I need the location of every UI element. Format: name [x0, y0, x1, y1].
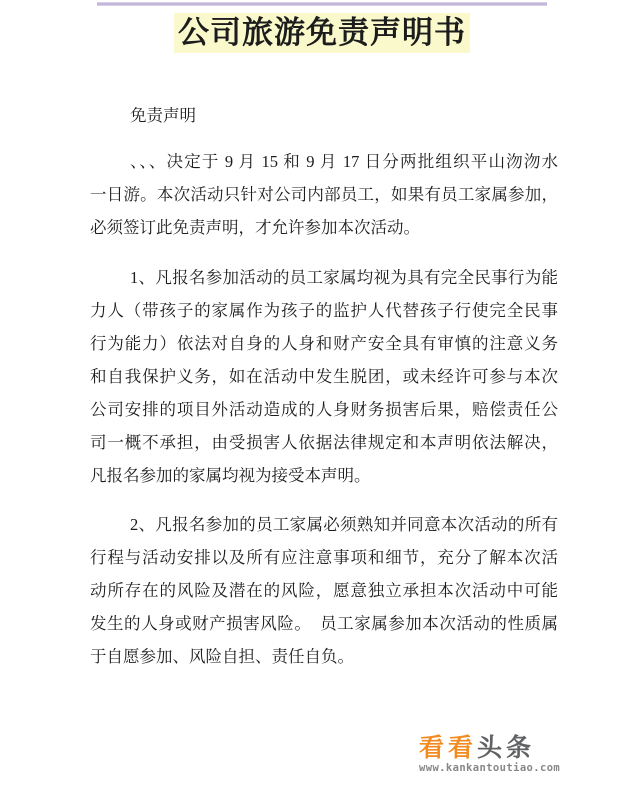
text-line: 司一概不承担，由受损害人依据法律规定和本声明依法解决，: [90, 426, 558, 459]
document-page: { "title": { "text": "公司旅游免责声明书", "highl…: [0, 0, 644, 789]
document-body: 免责声明 、、、决定于 9 月 15 和 9 月 17 日分两批组织平山沕沕水 …: [90, 99, 558, 673]
watermark-url: www.kankantoutiao.com: [419, 762, 560, 774]
watermark-brand-right: 头条: [477, 733, 535, 762]
text-line: 1、凡报名参加活动的员工家属均视为具有完全民事行为能: [90, 261, 558, 294]
top-divider-rule: [97, 2, 547, 6]
text-line: 和自我保护义务，如在活动中发生脱团，或未经许可参与本次: [90, 360, 558, 393]
paragraph-clause-2: 2、凡报名参加的员工家属必须熟知并同意本次活动的所有 行程与活动安排以及所有应注…: [90, 508, 558, 673]
text-line: 必须签订此免责声明，才允许参加本次活动。: [90, 211, 558, 244]
text-line: 于自愿参加、风险自担、责任自负。: [90, 640, 558, 673]
text-line: 行程与活动安排以及所有应注意事项和细节，充分了解本次活: [90, 541, 558, 574]
watermark-brand: 看看头条: [419, 735, 560, 761]
text-line: 一日游。本次活动只针对公司内部员工，如果有员工家属参加，: [90, 178, 558, 211]
page-title: 公司旅游免责声明书: [174, 13, 470, 53]
paragraph-intro: 、、、决定于 9 月 15 和 9 月 17 日分两批组织平山沕沕水 一日游。本…: [90, 145, 558, 244]
text-line: 动所存在的风险及潜在的风险，愿意独立承担本次活动中可能: [90, 574, 558, 607]
watermark-brand-left: 看看: [419, 733, 477, 762]
text-line: 发生的人身或财产损害风险。 员工家属参加本次活动的性质属: [90, 607, 558, 640]
text-line: 2、凡报名参加的员工家属必须熟知并同意本次活动的所有: [90, 508, 558, 541]
site-watermark-logo: 看看头条 www.kankantoutiao.com: [419, 735, 560, 774]
text-line: 凡报名参加的家属均视为接受本声明。: [90, 459, 558, 492]
text-line: 行为能力）依法对自身的人身和财产安全具有审慎的注意义务: [90, 327, 558, 360]
section-heading: 免责声明: [90, 99, 558, 132]
title-row: 公司旅游免责声明书: [0, 13, 644, 53]
text-line: 、、、决定于 9 月 15 和 9 月 17 日分两批组织平山沕沕水: [90, 145, 558, 178]
paragraph-clause-1: 1、凡报名参加活动的员工家属均视为具有完全民事行为能 力人（带孩子的家属作为孩子…: [90, 261, 558, 492]
text-line: 力人（带孩子的家属作为孩子的监护人代替孩子行使完全民事: [90, 294, 558, 327]
text-line: 公司安排的项目外活动造成的人身财务损害后果，赔偿责任公: [90, 393, 558, 426]
